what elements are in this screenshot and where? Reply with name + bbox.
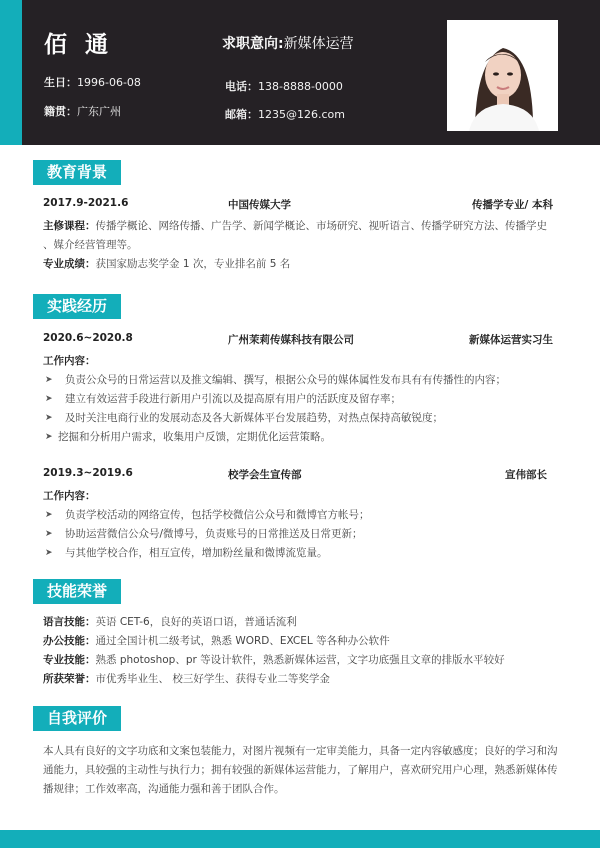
education-title: 教育背景 xyxy=(33,160,121,185)
hometown: 籍贯：广东广州 xyxy=(44,103,121,119)
job-intent-label: 求职意向: xyxy=(222,36,284,52)
courses-value: 传播学概论、网络传播、广告学、新闻学概论、市场研究、视听语言、传播学研究方法、传… xyxy=(43,220,547,251)
job-org: 广州茉莉传媒科技有限公司 xyxy=(228,332,354,347)
arrow-bullet-icon: ➤ xyxy=(45,544,53,563)
skills-title: 技能荣誉 xyxy=(33,579,121,604)
skill-item: 办公技能：通过全国计机二级考试，熟悉 WORD、EXCEL 等各种办公软件 xyxy=(43,632,563,651)
job-org: 校学会生宣传部 xyxy=(228,467,302,482)
arrow-bullet-icon: ➤ xyxy=(45,409,53,428)
list-item: ➤建立有效运营手段进行新用户引流以及提高原有用户的活跃度及留存率； xyxy=(43,390,553,409)
grades-value: 获国家励志奖学金 1 次，专业排名前 5 名 xyxy=(96,258,291,270)
experience-title: 实践经历 xyxy=(33,294,121,319)
email: 邮箱：1235@126.com xyxy=(225,106,345,122)
job-period: 2020.6~2020.8 xyxy=(43,332,133,344)
job-entry: 2019.3~2019.6 校学会生宣传部 宣伟部长 工作内容： ➤负责学校活动… xyxy=(33,467,553,563)
list-item: ➤负责学校活动的网络宣传，包括学校微信公众号和微博官方帐号； xyxy=(43,506,553,525)
job-intent: 求职意向:新媒体运营 xyxy=(222,33,354,53)
job-period: 2019.3~2019.6 xyxy=(43,467,133,479)
education-period: 2017.9-2021.6 xyxy=(43,197,128,209)
education-school: 中国传媒大学 xyxy=(228,197,291,212)
list-item: ➤协助运营微信公众号/微博号，负责账号的日常推送及日常更新； xyxy=(43,525,553,544)
job-entry: 2020.6~2020.8 广州茉莉传媒科技有限公司 新媒体运营实习生 工作内容… xyxy=(33,332,553,447)
footer-bar xyxy=(0,830,600,848)
list-item: ➤与其他学校合作，相互宣传，增加粉丝量和微博流览量。 xyxy=(43,544,553,563)
list-item: ➤负责公众号的日常运营以及推文编辑、撰写，根据公众号的媒体属性发布具有有传播性的… xyxy=(43,371,553,390)
skill-item: 专业技能：熟悉 photoshop、pr 等设计软件，熟悉新媒体运营，文字功底强… xyxy=(43,651,563,670)
job-row: 2019.3~2019.6 校学会生宣传部 宣伟部长 xyxy=(43,467,553,487)
education-section: 教育背景 2017.9-2021.6 中国传媒大学 传播学专业/ 本科 主修课程… xyxy=(33,160,553,274)
hometown-label: 籍贯： xyxy=(44,105,77,118)
birthday-value: 1996-06-08 xyxy=(77,76,141,89)
arrow-bullet-icon: ➤ xyxy=(45,525,53,544)
education-degree: 传播学专业/ 本科 xyxy=(472,197,553,212)
courses-label: 主修课程： xyxy=(43,220,96,232)
resume-header: 佰通 生日：1996-06-08 籍贯：广东广州 求职意向:新媒体运营 电话：1… xyxy=(22,0,600,145)
self-evaluation-section: 自我评价 本人具有良好的文字功底和文案包装能力，对图片视频有一定审美能力，具备一… xyxy=(33,706,558,799)
self-evaluation-text: 本人具有良好的文字功底和文案包装能力，对图片视频有一定审美能力，具备一定内容敏感… xyxy=(33,742,558,799)
arrow-bullet-icon: ➤ xyxy=(45,506,53,525)
self-evaluation-title: 自我评价 xyxy=(33,706,121,731)
job-role: 新媒体运营实习生 xyxy=(469,332,553,347)
phone: 电话：138-8888-0000 xyxy=(225,78,343,94)
arrow-bullet-icon: ➤ xyxy=(45,371,53,390)
phone-label: 电话： xyxy=(225,80,258,93)
accent-strip xyxy=(0,0,22,145)
job-intent-value: 新媒体运营 xyxy=(284,36,354,52)
email-value: 1235@126.com xyxy=(258,108,345,121)
job-content-label: 工作内容： xyxy=(43,352,553,371)
grades-label: 专业成绩： xyxy=(43,258,96,270)
email-label: 邮箱： xyxy=(225,108,258,121)
birthday: 生日：1996-06-08 xyxy=(44,74,141,90)
skill-item: 所获荣誉：市优秀毕业生、 校三好学生、获得专业二等奖学金 xyxy=(43,670,563,689)
profile-photo xyxy=(447,20,558,131)
arrow-bullet-icon: ➤ xyxy=(45,428,53,447)
list-item: ➤挖掘和分析用户需求，收集用户反馈，定期优化运营策略。 xyxy=(43,428,553,447)
birthday-label: 生日： xyxy=(44,76,77,89)
education-courses: 主修课程：传播学概论、网络传播、广告学、新闻学概论、市场研究、视听语言、传播学研… xyxy=(43,217,553,255)
arrow-bullet-icon: ➤ xyxy=(45,390,53,409)
skill-item: 语言技能：英语 CET-6，良好的英语口语，普通话流利 xyxy=(43,613,563,632)
education-grades: 专业成绩：获国家励志奖学金 1 次，专业排名前 5 名 xyxy=(43,255,553,274)
job-role: 宣伟部长 xyxy=(505,467,547,482)
candidate-name: 佰通 xyxy=(44,26,126,59)
job-row: 2020.6~2020.8 广州茉莉传媒科技有限公司 新媒体运营实习生 xyxy=(43,332,553,352)
list-item: ➤及时关注电商行业的发展动态及各大新媒体平台发展趋势，对热点保持高敏锐度； xyxy=(43,409,553,428)
education-row: 2017.9-2021.6 中国传媒大学 传播学专业/ 本科 xyxy=(43,197,553,217)
skills-section: 技能荣誉 语言技能：英语 CET-6，良好的英语口语，普通话流利 办公技能：通过… xyxy=(33,579,563,689)
job-content-label: 工作内容： xyxy=(43,487,553,506)
experience-section: 实践经历 2020.6~2020.8 广州茉莉传媒科技有限公司 新媒体运营实习生… xyxy=(33,294,553,563)
hometown-value: 广东广州 xyxy=(77,105,121,118)
phone-value: 138-8888-0000 xyxy=(258,80,343,93)
